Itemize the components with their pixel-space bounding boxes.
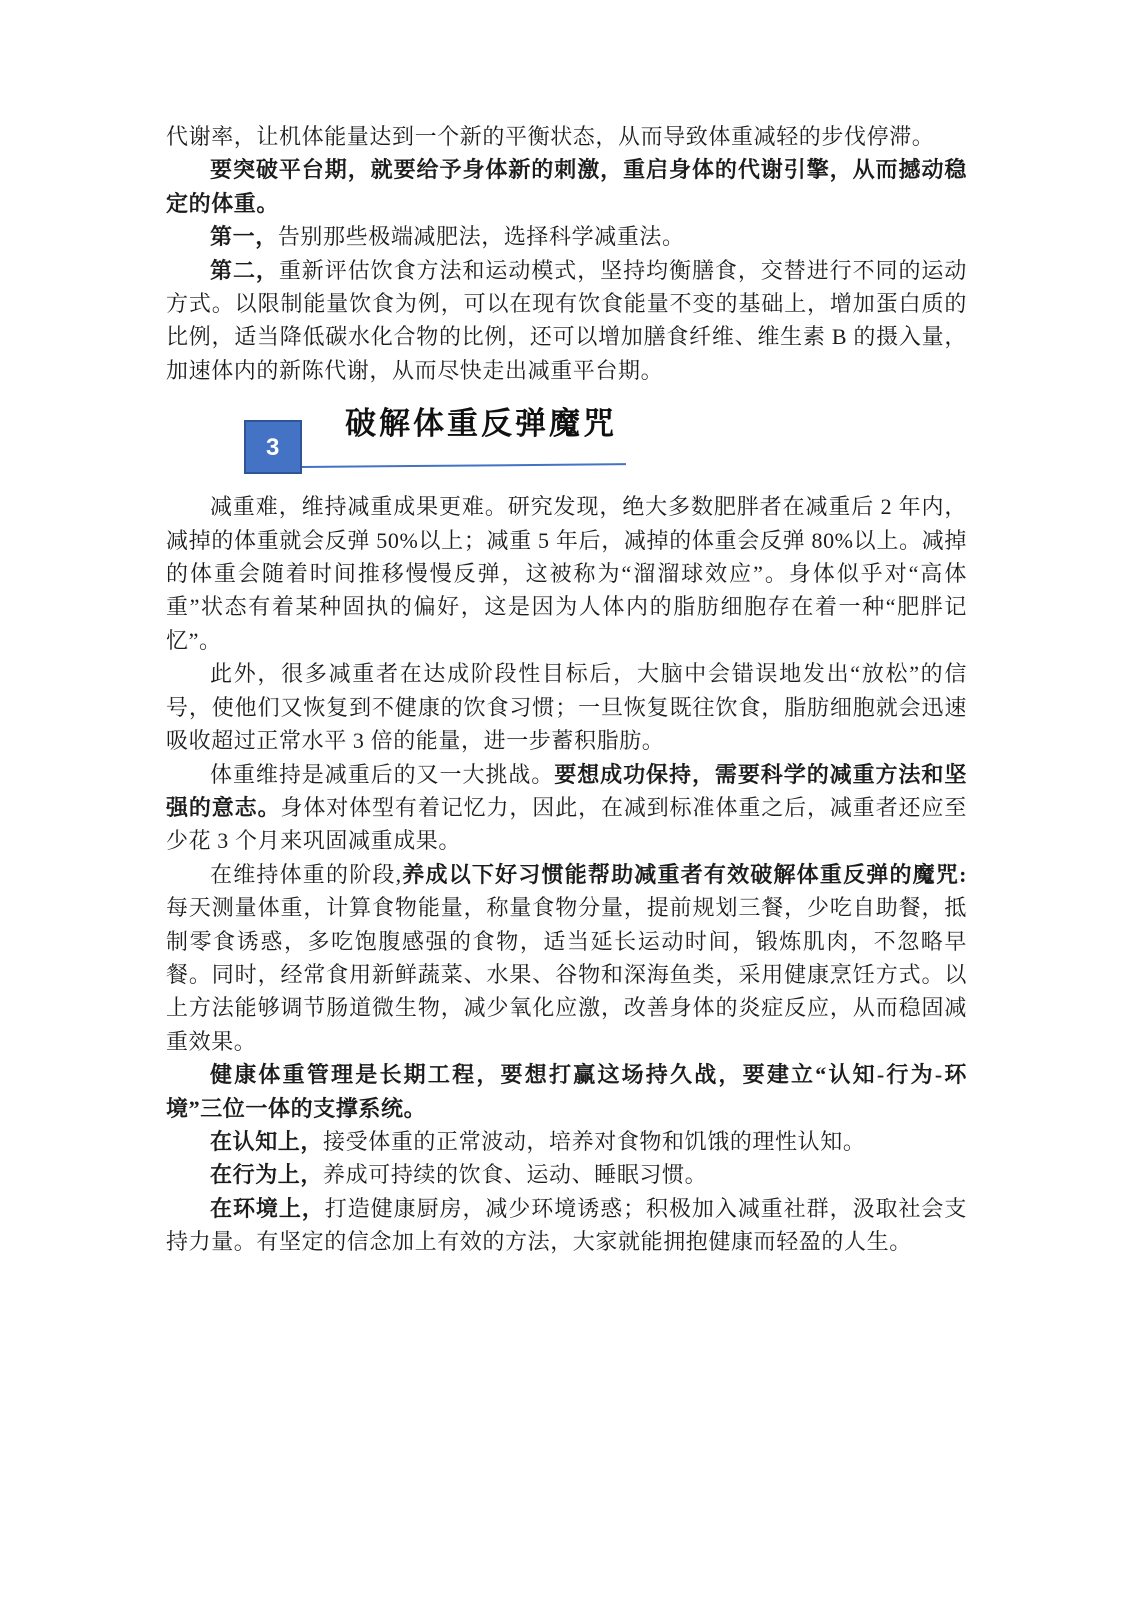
paragraph: 在维持体重的阶段,养成以下好习惯能帮助减重者有效破解体重反弹的魔咒:每天测量体重… <box>166 858 967 1058</box>
paragraph: 体重维持是减重后的又一大挑战。要想成功保持，需要科学的减重方法和坚强的意志。身体… <box>166 758 967 858</box>
text-run: 接受体重的正常波动，培养对食物和饥饿的理性认知。 <box>323 1129 865 1154</box>
paragraph: 在行为上，养成可持续的饮食、运动、睡眠习惯。 <box>166 1158 967 1191</box>
paragraph: 此外，很多减重者在达成阶段性目标后，大脑中会错误地发出“放松”的信号，使他们又恢… <box>166 657 967 757</box>
paragraph: 在认知上，接受体重的正常波动，培养对食物和饥饿的理性认知。 <box>166 1125 967 1158</box>
text-run: 第一， <box>210 224 278 249</box>
text-run: 在维持体重的阶段, <box>210 862 402 887</box>
paragraph: 要突破平台期，就要给予身体新的刺激，重启身体的代谢引擎，从而撼动稳定的体重。 <box>166 153 967 220</box>
text-run: 此外，很多减重者在达成阶段性目标后，大脑中会错误地发出“放松”的信号，使他们又恢… <box>166 661 967 753</box>
document-page: 代谢率，让机体能量达到一个新的平衡状态，从而导致体重减轻的步伐停滞。 要突破平台… <box>0 0 1131 1600</box>
paragraph: 在环境上，打造健康厨房，减少环境诱惑；积极加入减重社群，汲取社会支持力量。有坚定… <box>166 1192 967 1259</box>
paragraph: 健康体重管理是长期工程，要想打赢这场持久战，要建立“认知-行为-环境”三位一体的… <box>166 1058 967 1125</box>
paragraph: 代谢率，让机体能量达到一个新的平衡状态，从而导致体重减轻的步伐停滞。 <box>166 120 967 153</box>
text-run: 第二， <box>210 258 279 283</box>
text-run: 告别那些极端减肥法，选择科学减重法。 <box>278 224 685 249</box>
text-run: 养成可持续的饮食、运动、睡眠习惯。 <box>323 1162 707 1187</box>
paragraph: 第一，告别那些极端减肥法，选择科学减重法。 <box>166 220 967 253</box>
section-number: 3 <box>266 431 280 464</box>
text-run: 要突破平台期，就要给予身体新的刺激，重启身体的代谢引擎，从而撼动稳定的体重。 <box>166 157 967 215</box>
text-run: 在认知上， <box>210 1129 323 1154</box>
body-text: 代谢率，让机体能量达到一个新的平衡状态，从而导致体重减轻的步伐停滞。 要突破平台… <box>166 120 967 1259</box>
text-run: 体重维持是减重后的又一大挑战。 <box>210 762 554 787</box>
paragraph: 减重难，维持减重成果更难。研究发现，绝大多数肥胖者在减重后 2 年内，减掉的体重… <box>166 490 967 657</box>
section-underline-rule <box>302 463 626 468</box>
section-title: 破解体重反弹魔咒 <box>345 407 617 440</box>
paragraph: 第二，重新评估饮食方法和运动模式，坚持均衡膳食，交替进行不同的运动方式。以限制能… <box>166 254 967 388</box>
text-run: 代谢率，让机体能量达到一个新的平衡状态，从而导致体重减轻的步伐停滞。 <box>166 124 934 149</box>
section-number-badge: 3 <box>244 420 302 474</box>
text-run: 在行为上， <box>210 1162 323 1187</box>
section-header: 3 破解体重反弹魔咒 <box>244 420 967 474</box>
text-run: 重新评估饮食方法和运动模式，坚持均衡膳食，交替进行不同的运动方式。以限制能量饮食… <box>166 258 967 383</box>
text-run: 减重难，维持减重成果更难。研究发现，绝大多数肥胖者在减重后 2 年内，减掉的体重… <box>166 494 967 653</box>
text-run: 养成以下好习惯能帮助减重者有效破解体重反弹的魔咒: <box>402 862 967 887</box>
text-run: 健康体重管理是长期工程，要想打赢这场持久战，要建立“认知-行为-环境”三位一体的… <box>166 1062 967 1120</box>
text-run: 身体对体型有着记忆力，因此，在减到标准体重之后，减重者还应至少花 3 个月来巩固… <box>166 795 967 853</box>
text-run: 在环境上， <box>210 1196 325 1221</box>
text-run: 每天测量体重，计算食物能量，称量食物分量，提前规划三餐，少吃自助餐，抵制零食诱惑… <box>166 895 967 1054</box>
